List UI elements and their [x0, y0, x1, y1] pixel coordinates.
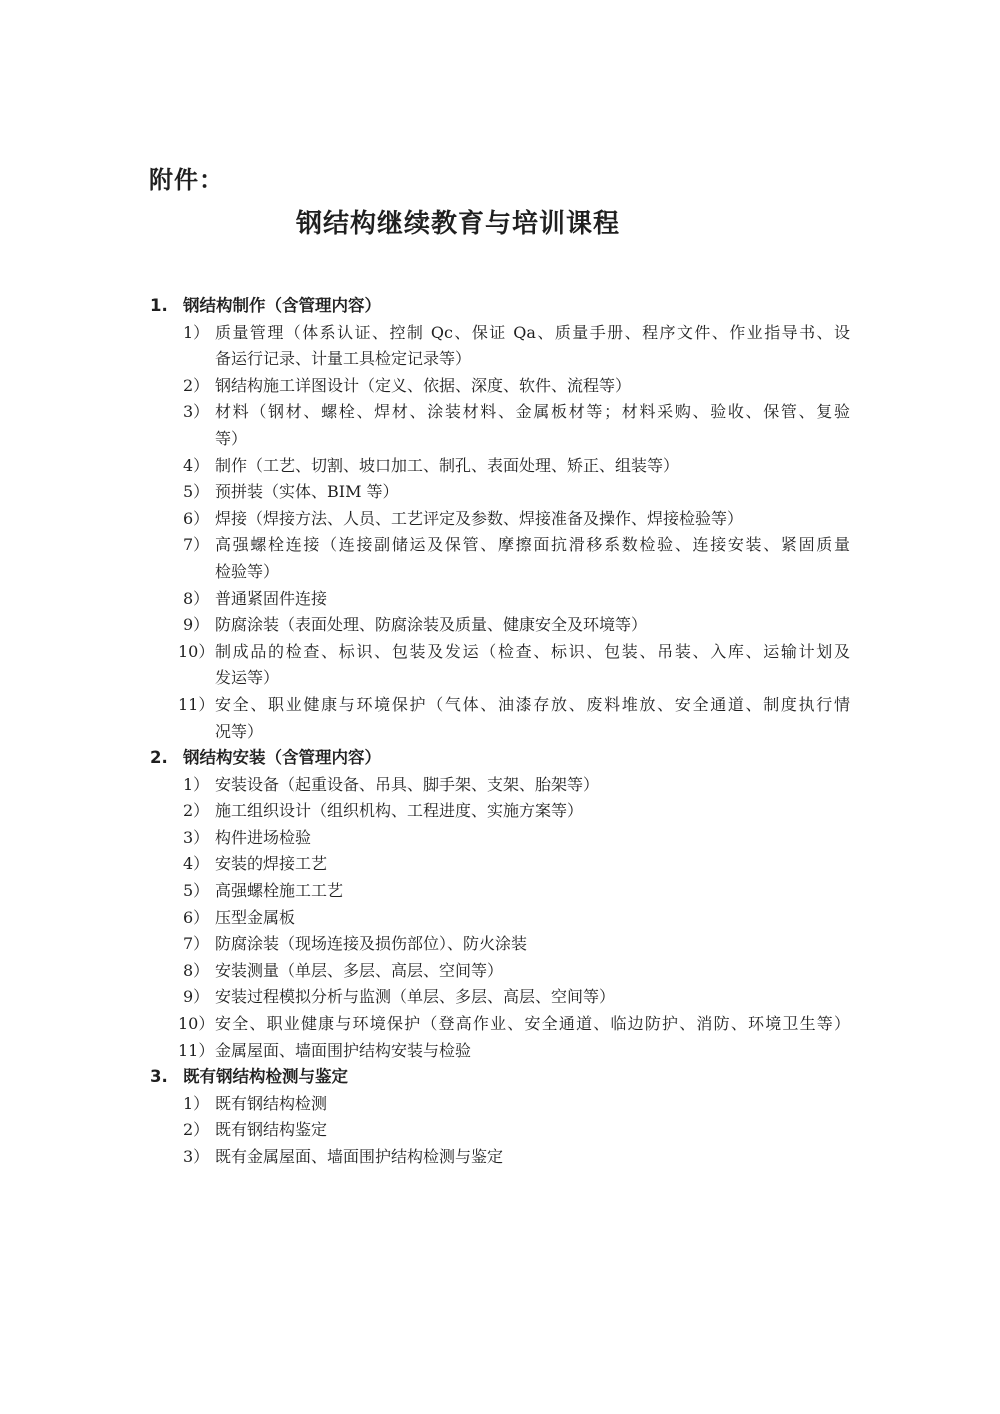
item-text-line: 检验等） [215, 559, 850, 586]
item-text-line: 既有钢结构检测 [215, 1091, 850, 1118]
course-item: 3）构件进场检验 [183, 825, 860, 852]
item-number: 4） [183, 851, 215, 878]
item-number: 3） [183, 399, 215, 452]
item-text: 钢结构施工详图设计（定义、依据、深度、软件、流程等） [215, 373, 850, 400]
item-text-line: 焊接（焊接方法、人员、工艺评定及参数、焊接准备及操作、焊接检验等） [215, 506, 850, 533]
item-text: 高强螺栓连接（连接副储运及保管、摩擦面抗滑移系数检验、连接安装、紧固质量检验等） [215, 532, 850, 585]
item-number: 3） [183, 1144, 215, 1171]
item-number: 8） [183, 586, 215, 613]
item-text: 制成品的检查、标识、包装及发运（检查、标识、包装、吊装、入库、运输计划及发运等） [215, 639, 850, 692]
course-item: 1）质量管理（体系认证、控制 Qc、保证 Qa、质量手册、程序文件、作业指导书、… [183, 320, 860, 373]
course-item: 6）焊接（焊接方法、人员、工艺评定及参数、焊接准备及操作、焊接检验等） [183, 506, 860, 533]
course-item: 6）压型金属板 [183, 905, 860, 932]
item-text-line: 备运行记录、计量工具检定记录等） [215, 346, 850, 373]
item-text-line: 安装的焊接工艺 [215, 851, 850, 878]
item-text-line: 安装过程模拟分析与监测（单层、多层、高层、空间等） [215, 984, 850, 1011]
item-text-line: 防腐涂装（表面处理、防腐涂装及质量、健康安全及环境等） [215, 612, 850, 639]
document-page: 附件： 钢结构继续教育与培训课程 1.钢结构制作（含管理内容）1）质量管理（体系… [0, 0, 1000, 1414]
course-section: 3.既有钢结构检测与鉴定1）既有钢结构检测2）既有钢结构鉴定3）既有金属屋面、墙… [150, 1064, 860, 1170]
item-text: 安装测量（单层、多层、高层、空间等） [215, 958, 850, 985]
item-text: 构件进场检验 [215, 825, 850, 852]
item-number: 2） [183, 373, 215, 400]
section-heading-row: 2.钢结构安装（含管理内容） [150, 745, 860, 772]
course-item: 2）既有钢结构鉴定 [183, 1117, 860, 1144]
course-item: 1）既有钢结构检测 [183, 1091, 860, 1118]
section-heading-row: 1.钢结构制作（含管理内容） [150, 293, 860, 320]
item-text: 质量管理（体系认证、控制 Qc、保证 Qa、质量手册、程序文件、作业指导书、设备… [215, 320, 850, 373]
course-item: 4）安装的焊接工艺 [183, 851, 860, 878]
course-item: 7）防腐涂装（现场连接及损伤部位）、防火涂装 [183, 931, 860, 958]
item-text: 安装过程模拟分析与监测（单层、多层、高层、空间等） [215, 984, 850, 1011]
item-text: 施工组织设计（组织机构、工程进度、实施方案等） [215, 798, 850, 825]
item-text-line: 防腐涂装（现场连接及损伤部位）、防火涂装 [215, 931, 850, 958]
item-number: 1） [183, 1091, 215, 1118]
course-outline: 1.钢结构制作（含管理内容）1）质量管理（体系认证、控制 Qc、保证 Qa、质量… [150, 293, 860, 1171]
item-text: 安装设备（起重设备、吊具、脚手架、支架、胎架等） [215, 772, 850, 799]
section-heading: 既有钢结构检测与鉴定 [183, 1064, 348, 1091]
item-text-line: 预拼装（实体、BIM 等） [215, 479, 850, 506]
item-text: 既有金属屋面、墙面围护结构检测与鉴定 [215, 1144, 850, 1171]
item-text: 既有钢结构鉴定 [215, 1117, 850, 1144]
item-text: 普通紧固件连接 [215, 586, 850, 613]
course-item: 5）高强螺栓施工工艺 [183, 878, 860, 905]
item-text-line: 高强螺栓施工工艺 [215, 878, 850, 905]
item-text: 安装的焊接工艺 [215, 851, 850, 878]
item-text-line: 既有金属屋面、墙面围护结构检测与鉴定 [215, 1144, 850, 1171]
item-text-line: 制成品的检查、标识、包装及发运（检查、标识、包装、吊装、入库、运输计划及 [215, 639, 850, 666]
item-number: 11） [178, 1038, 215, 1065]
item-number: 9） [183, 612, 215, 639]
item-number: 8） [183, 958, 215, 985]
course-item: 2）施工组织设计（组织机构、工程进度、实施方案等） [183, 798, 860, 825]
item-text: 预拼装（实体、BIM 等） [215, 479, 850, 506]
item-text: 高强螺栓施工工艺 [215, 878, 850, 905]
course-item: 7）高强螺栓连接（连接副储运及保管、摩擦面抗滑移系数检验、连接安装、紧固质量检验… [183, 532, 860, 585]
item-text-line: 发运等） [215, 665, 850, 692]
item-number: 2） [183, 798, 215, 825]
section-heading-row: 3.既有钢结构检测与鉴定 [150, 1064, 860, 1091]
item-text-line: 安装测量（单层、多层、高层、空间等） [215, 958, 850, 985]
item-text: 安全、职业健康与环境保护（气体、油漆存放、废料堆放、安全通道、制度执行情况等） [215, 692, 850, 745]
item-text-line: 施工组织设计（组织机构、工程进度、实施方案等） [215, 798, 850, 825]
item-number: 7） [183, 532, 215, 585]
item-number: 5） [183, 878, 215, 905]
item-text-line: 材料（钢材、螺栓、焊材、涂装材料、金属板材等；材料采购、验收、保管、复验 [215, 399, 850, 426]
item-text-line: 安全、职业健康与环境保护（气体、油漆存放、废料堆放、安全通道、制度执行情 [215, 692, 850, 719]
course-section: 2.钢结构安装（含管理内容）1）安装设备（起重设备、吊具、脚手架、支架、胎架等）… [150, 745, 860, 1064]
item-text-line: 安装设备（起重设备、吊具、脚手架、支架、胎架等） [215, 772, 850, 799]
item-text: 焊接（焊接方法、人员、工艺评定及参数、焊接准备及操作、焊接检验等） [215, 506, 850, 533]
item-text: 既有钢结构检测 [215, 1091, 850, 1118]
item-text-line: 制作（工艺、切割、坡口加工、制孔、表面处理、矫正、组装等） [215, 453, 850, 480]
course-item: 8）普通紧固件连接 [183, 586, 860, 613]
course-item: 2）钢结构施工详图设计（定义、依据、深度、软件、流程等） [183, 373, 860, 400]
item-text-line: 压型金属板 [215, 905, 850, 932]
item-number: 6） [183, 506, 215, 533]
course-item: 9）安装过程模拟分析与监测（单层、多层、高层、空间等） [183, 984, 860, 1011]
item-number: 1） [183, 320, 215, 373]
course-item: 10）制成品的检查、标识、包装及发运（检查、标识、包装、吊装、入库、运输计划及发… [183, 639, 860, 692]
course-item: 1）安装设备（起重设备、吊具、脚手架、支架、胎架等） [183, 772, 860, 799]
item-text-line: 构件进场检验 [215, 825, 850, 852]
course-item: 3）既有金属屋面、墙面围护结构检测与鉴定 [183, 1144, 860, 1171]
item-text: 防腐涂装（现场连接及损伤部位）、防火涂装 [215, 931, 850, 958]
section-heading: 钢结构安装（含管理内容） [183, 745, 381, 772]
section-number: 2. [150, 745, 183, 772]
course-section: 1.钢结构制作（含管理内容）1）质量管理（体系认证、控制 Qc、保证 Qa、质量… [150, 293, 860, 745]
course-item: 10）安全、职业健康与环境保护（登高作业、安全通道、临边防护、消防、环境卫生等） [183, 1011, 860, 1038]
item-number: 6） [183, 905, 215, 932]
item-text-line: 等） [215, 426, 850, 453]
item-text: 安全、职业健康与环境保护（登高作业、安全通道、临边防护、消防、环境卫生等） [215, 1011, 850, 1038]
course-item: 11）金属屋面、墙面围护结构安装与检验 [183, 1038, 860, 1065]
item-number: 3） [183, 825, 215, 852]
course-item: 5）预拼装（实体、BIM 等） [183, 479, 860, 506]
course-item: 11）安全、职业健康与环境保护（气体、油漆存放、废料堆放、安全通道、制度执行情况… [183, 692, 860, 745]
item-number: 11） [178, 692, 215, 745]
section-number: 1. [150, 293, 183, 320]
course-item: 9）防腐涂装（表面处理、防腐涂装及质量、健康安全及环境等） [183, 612, 860, 639]
item-text: 制作（工艺、切割、坡口加工、制孔、表面处理、矫正、组装等） [215, 453, 850, 480]
item-text-line: 既有钢结构鉴定 [215, 1117, 850, 1144]
document-title: 钢结构继续教育与培训课程 [0, 203, 916, 240]
item-text: 压型金属板 [215, 905, 850, 932]
item-text-line: 金属屋面、墙面围护结构安装与检验 [215, 1038, 850, 1065]
item-text-line: 安全、职业健康与环境保护（登高作业、安全通道、临边防护、消防、环境卫生等） [215, 1011, 850, 1038]
section-heading: 钢结构制作（含管理内容） [183, 293, 381, 320]
item-text-line: 况等） [215, 719, 850, 746]
item-text-line: 普通紧固件连接 [215, 586, 850, 613]
item-number: 7） [183, 931, 215, 958]
course-item: 3）材料（钢材、螺栓、焊材、涂装材料、金属板材等；材料采购、验收、保管、复验等） [183, 399, 860, 452]
course-item: 4）制作（工艺、切割、坡口加工、制孔、表面处理、矫正、组装等） [183, 453, 860, 480]
item-text: 材料（钢材、螺栓、焊材、涂装材料、金属板材等；材料采购、验收、保管、复验等） [215, 399, 850, 452]
item-number: 2） [183, 1117, 215, 1144]
item-number: 10） [178, 639, 215, 692]
item-number: 1） [183, 772, 215, 799]
item-text-line: 钢结构施工详图设计（定义、依据、深度、软件、流程等） [215, 373, 850, 400]
item-number: 10） [178, 1011, 215, 1038]
item-text: 金属屋面、墙面围护结构安装与检验 [215, 1038, 850, 1065]
item-number: 5） [183, 479, 215, 506]
course-item: 8）安装测量（单层、多层、高层、空间等） [183, 958, 860, 985]
item-number: 4） [183, 453, 215, 480]
item-number: 9） [183, 984, 215, 1011]
attachment-label: 附件： [149, 160, 224, 195]
item-text: 防腐涂装（表面处理、防腐涂装及质量、健康安全及环境等） [215, 612, 850, 639]
item-text-line: 高强螺栓连接（连接副储运及保管、摩擦面抗滑移系数检验、连接安装、紧固质量 [215, 532, 850, 559]
item-text-line: 质量管理（体系认证、控制 Qc、保证 Qa、质量手册、程序文件、作业指导书、设 [215, 320, 850, 347]
section-number: 3. [150, 1064, 183, 1091]
